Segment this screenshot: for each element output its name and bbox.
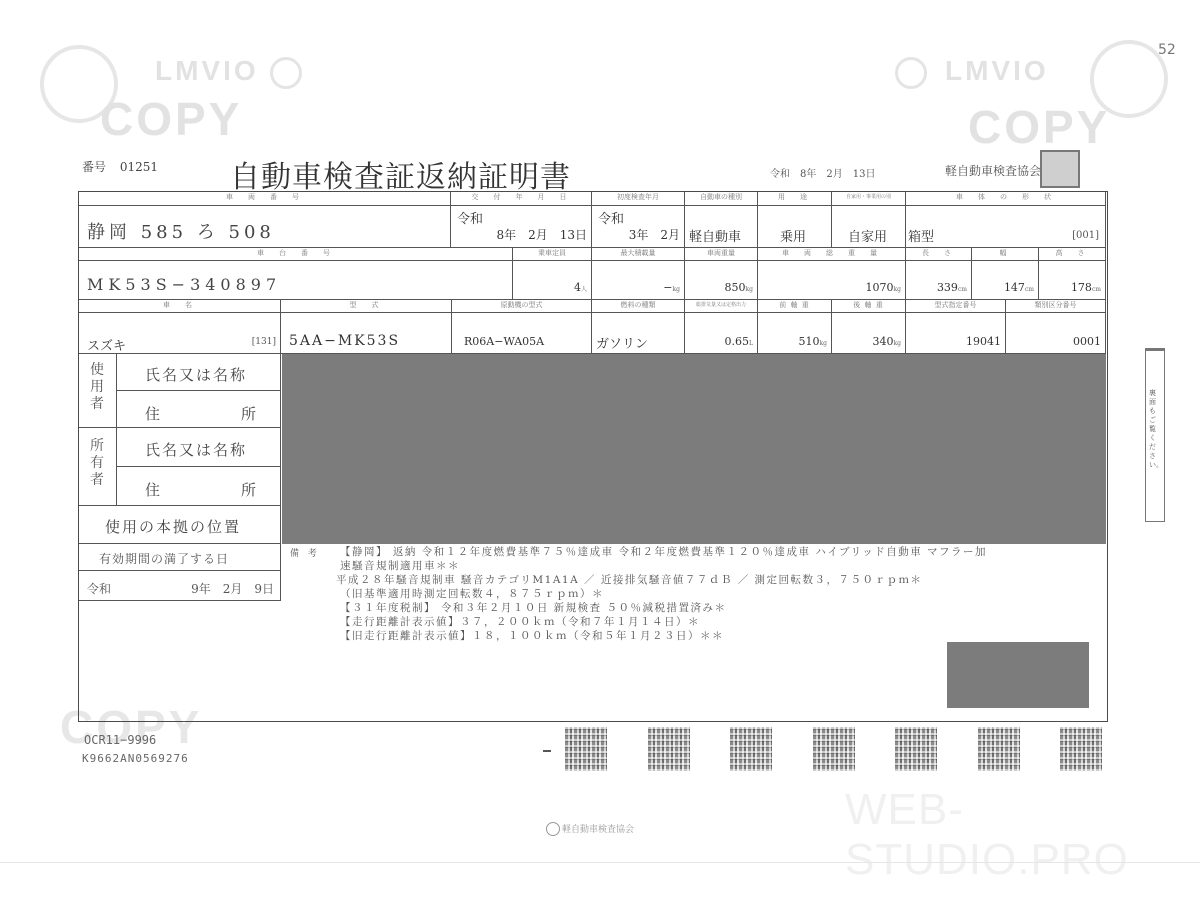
header-model: 型 式 (281, 300, 452, 313)
expiry-date-cell: 令和 9年 2月 9日 (79, 571, 281, 601)
header-height: 高 さ (1039, 248, 1106, 261)
side-tab: 裏面もご覧ください。 (1145, 348, 1165, 522)
capacity-value: 4 (574, 281, 581, 294)
engine-cell: R06A−WA05A (452, 313, 592, 354)
header-use: 用 途 (758, 192, 832, 206)
user-address-label: 住 所 (117, 391, 281, 428)
use-value: 乗用 (780, 226, 806, 245)
header-plate: 車 両 番 号 (79, 192, 451, 206)
remarks-line: 平成２８年騒音規制車 騒音カテゴリM1A1A ／ 近接排気騒音値７７ｄＢ ／ 測… (336, 573, 1100, 587)
header-displacement: 総排気量又は定格出力 (685, 300, 758, 313)
front-axle-value: 510 (799, 335, 820, 348)
header-max-load: 最大積載量 (592, 248, 685, 261)
vehicle-class-cell: 軽自動車 (685, 206, 758, 248)
qr-code-icon (1060, 727, 1102, 771)
doc-number: 番号 01251 (82, 158, 158, 175)
fuel-value: ガソリン (596, 333, 648, 352)
doc-number-value: 01251 (120, 160, 158, 174)
header-chassis: 車 台 番 号 (79, 248, 513, 261)
redacted-stamp (947, 642, 1089, 708)
remarks-line: （旧基準適用時測定回転数４，８７５ｒｐｍ）＊ (340, 587, 1100, 601)
ocr-code: OCR11−9996 (84, 733, 156, 747)
watermark-brand-left: LMVIO (155, 55, 259, 87)
maker-code: [131] (252, 337, 276, 347)
chassis-cell: MK53S−340897 (79, 261, 513, 300)
category-number-cell: 0001 (1006, 313, 1106, 354)
watermark-copy-right: COPY (968, 100, 1110, 154)
plate-cell: 静岡 585 ろ 508 (79, 206, 451, 248)
length-cell: 339cm (906, 261, 972, 300)
remarks-block: 【静岡】 返納 令和１２年度燃費基準７５％達成車 令和２年度燃費基準１２０％達成… (340, 545, 1100, 643)
user-group-label: 使用者 (90, 362, 106, 413)
private-business-value: 自家用 (848, 226, 887, 245)
watermark-brand-right: LMVIO (945, 55, 1049, 87)
rear-axle-unit: kg (894, 340, 901, 347)
address-char-2: 所 (241, 479, 258, 500)
body-shape-code: [001] (1072, 230, 1099, 241)
rear-axle-value: 340 (873, 335, 894, 348)
expiry-era: 令和 (87, 580, 111, 597)
remarks-label: 備 考 (290, 546, 320, 559)
header-first-registration: 初度検査年月 (592, 192, 685, 206)
remarks-line: 速騒音規制適用車＊＊ (340, 559, 1100, 573)
body-shape-cell: 箱型 [001] (906, 206, 1106, 248)
watermark-copy-left: COPY (100, 92, 242, 146)
issue-date-value: 8年 2月 13日 (496, 226, 587, 243)
user-name-label: 氏名又は名称 (117, 354, 281, 391)
height-value: 178 (1071, 281, 1092, 294)
owner-group-label: 所有者 (90, 438, 106, 489)
owner-address-label: 住 所 (117, 467, 281, 506)
page-edge (0, 862, 1200, 863)
model-cell: 5AA−MK53S (281, 313, 452, 354)
header-body-shape: 車 体 の 形 状 (906, 192, 1106, 206)
type-designation-cell: 19041 (906, 313, 1006, 354)
remarks-line: 【静岡】 返納 令和１２年度燃費基準７５％達成車 令和２年度燃費基準１２０％達成… (340, 545, 1100, 559)
official-seal-icon (1040, 150, 1080, 188)
doc-number-label: 番号 (82, 160, 106, 174)
capacity-unit: 人 (581, 286, 587, 293)
address-char-1: 住 (145, 479, 162, 500)
weight-unit: kg (746, 286, 753, 293)
plate-number: 静岡 585 ろ 508 (87, 218, 275, 244)
watermark-swirl-icon (270, 57, 302, 89)
height-unit: cm (1092, 286, 1101, 293)
maker-value: スズキ (87, 335, 126, 354)
owner-group-cell: 所有者 (79, 428, 117, 506)
displacement-value: 0.65 (725, 335, 750, 348)
category-number-value: 0001 (1073, 335, 1101, 348)
maker-cell: スズキ [131] (79, 313, 281, 354)
address-char-2: 所 (241, 403, 258, 424)
issuer-logo-icon (546, 822, 560, 836)
qr-code-icon (648, 727, 690, 771)
remarks-line: 【３１年度税制】 令和３年２月１０日 新規検査 ５０％減税措置済み＊ (340, 601, 1100, 615)
gross-weight-cell: 1070kg (758, 261, 906, 300)
header-engine: 原動機の型式 (452, 300, 592, 313)
watermark-swirl-icon (895, 57, 927, 89)
weight-value: 850 (725, 281, 746, 294)
vehicle-class-value: 軽自動車 (689, 226, 741, 245)
owner-name-label: 氏名又は名称 (117, 428, 281, 467)
handwritten-page-number: 52 (1158, 42, 1176, 58)
qr-code-icon (895, 727, 937, 771)
qr-code-icon (978, 727, 1020, 771)
use-cell: 乗用 (758, 206, 832, 248)
serial-number: K9662AN0569276 (82, 752, 189, 765)
front-axle-unit: kg (820, 340, 827, 347)
header-vehicle-class: 自動車の種別 (685, 192, 758, 206)
first-registration-value: 3年 2月 (629, 226, 680, 243)
document-title: 自動車検査証返納証明書 (230, 152, 571, 196)
watermark-site: WEB-STUDIO.PRO (845, 785, 1200, 885)
displacement-cell: 0.65L (685, 313, 758, 354)
redacted-party-info (282, 354, 1106, 544)
displacement-unit: L (749, 340, 753, 347)
dash-mark (543, 750, 551, 752)
model-value: 5AA−MK53S (289, 333, 400, 349)
max-load-value: − (663, 281, 672, 294)
gross-weight-value: 1070 (866, 281, 894, 294)
side-tab-text: 裏面もご覧ください。 (1149, 389, 1161, 470)
issue-era: 令和 (457, 208, 483, 227)
header-gross-weight: 車 両 総 重 量 (758, 248, 906, 261)
address-char-1: 住 (145, 403, 162, 424)
gross-weight-unit: kg (894, 286, 901, 293)
type-designation-value: 19041 (966, 335, 1001, 348)
engine-value: R06A−WA05A (464, 335, 544, 348)
front-axle-cell: 510kg (758, 313, 832, 354)
issuer-logo-text: 軽自動車検査協会 (562, 822, 634, 835)
qr-code-icon (730, 727, 772, 771)
issue-date-cell: 令和 8年 2月 13日 (451, 206, 592, 248)
length-value: 339 (937, 281, 958, 294)
width-unit: cm (1025, 286, 1034, 293)
width-value: 147 (1004, 281, 1025, 294)
first-registration-era: 令和 (598, 208, 624, 227)
header-maker: 車 名 (79, 300, 281, 313)
height-cell: 178cm (1039, 261, 1106, 300)
header-fuel: 燃料の種類 (592, 300, 685, 313)
length-unit: cm (958, 286, 967, 293)
max-load-cell: −kg (592, 261, 685, 300)
qr-code-icon (813, 727, 855, 771)
private-business-cell: 自家用 (832, 206, 906, 248)
first-registration-cell: 令和 3年 2月 (592, 206, 685, 248)
header-type-designation: 型式指定番号 (906, 300, 1006, 313)
chassis-number: MK53S−340897 (87, 275, 281, 294)
remarks-line: 【走行距離計表示値】３７，２００ｋｍ（令和７年１月１４日）＊ (340, 615, 1100, 629)
header-private-business: 自家用・事業用の別 (832, 192, 906, 206)
expiry-label: 有効期間の満了する日 (79, 544, 281, 571)
weight-cell: 850kg (685, 261, 758, 300)
header-front-axle: 前 軸 重 (758, 300, 832, 313)
remarks-line: 【旧走行距離計表示値】１８，１００ｋｍ（令和５年１月２３日）＊＊ (340, 629, 1100, 643)
issue-date: 令和 8年 2月 13日 (770, 165, 875, 180)
capacity-cell: 4人 (513, 261, 592, 300)
user-group-cell: 使用者 (79, 354, 117, 428)
header-rear-axle: 後 軸 重 (832, 300, 906, 313)
header-length: 長 さ (906, 248, 972, 261)
header-weight: 車両重量 (685, 248, 758, 261)
qr-code-icon (565, 727, 607, 771)
header-category-number: 類別区分番号 (1006, 300, 1106, 313)
header-issue-date: 交 付 年 月 日 (451, 192, 592, 206)
header-width: 幅 (972, 248, 1039, 261)
body-shape-value: 箱型 (908, 226, 934, 245)
rear-axle-cell: 340kg (832, 313, 906, 354)
base-location-label: 使用の本拠の位置 (79, 506, 281, 544)
issuer-name: 軽自動車検査協会 (945, 162, 1041, 179)
fuel-cell: ガソリン (592, 313, 685, 354)
expiry-date: 9年 2月 9日 (191, 580, 274, 597)
header-capacity: 乗車定員 (513, 248, 592, 261)
width-cell: 147cm (972, 261, 1039, 300)
max-load-unit: kg (673, 286, 680, 293)
